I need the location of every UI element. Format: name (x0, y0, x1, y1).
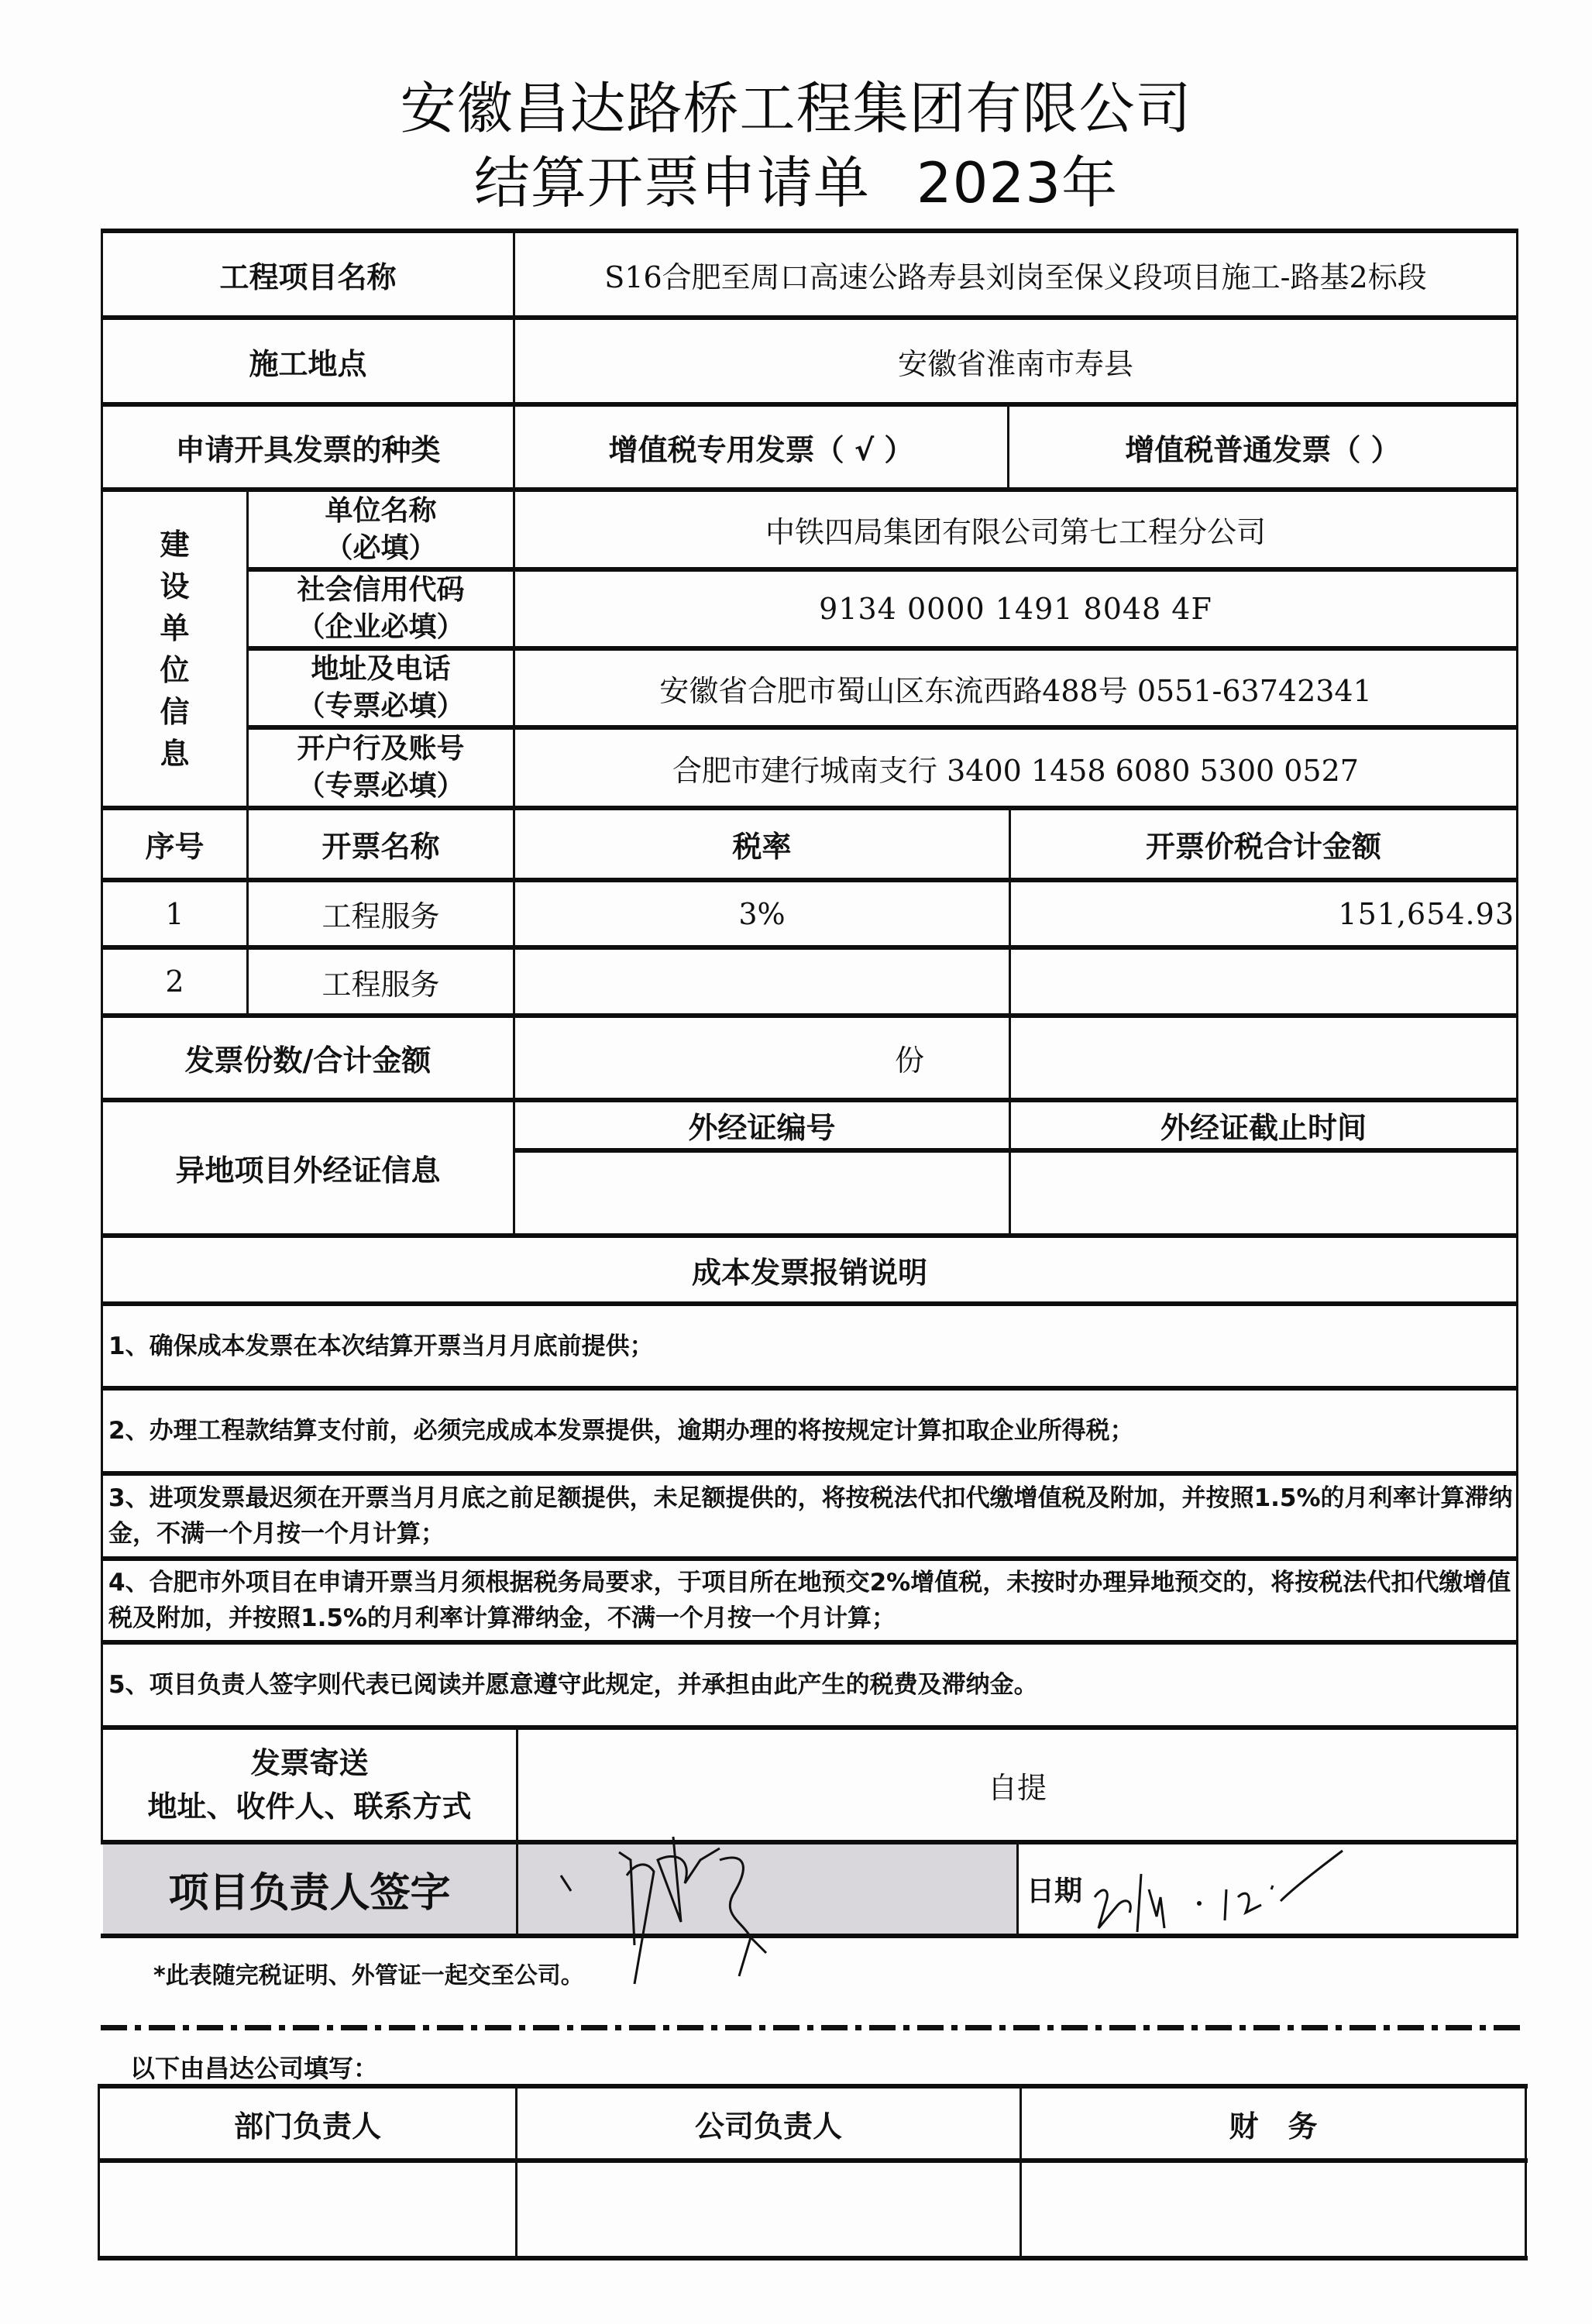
company-head-header: 公司负责人 (517, 2089, 1019, 2158)
site-label: 施工地点 (103, 320, 513, 402)
permit-deadline-field[interactable] (1011, 1153, 1516, 1233)
bank-account-label: 开户行及账号 （专票必填） (249, 730, 513, 806)
credit-code-value[interactable]: 9134 0000 1491 8048 4F (515, 572, 1516, 646)
permit-label: 异地项目外经证信息 (103, 1102, 513, 1233)
cost-note-2: 2、办理工程款结算支付前，必须完成成本发票提供，逾期办理的将按规定计算扣取企业所… (108, 1391, 1515, 1471)
company-section-intro: 以下由昌达公司填写： (130, 2049, 378, 2085)
rule (98, 2256, 1528, 2260)
footnote: *此表随完税证明、外管证一起交至公司。 (153, 1956, 584, 1990)
row-rate[interactable] (515, 950, 1009, 1013)
bank-account-value[interactable]: 合肥市建行城南支行 3400 1458 6080 5300 0527 (515, 730, 1516, 806)
row-name[interactable]: 工程服务 (249, 950, 513, 1013)
totals-label: 发票份数/合计金额 (103, 1018, 513, 1098)
delivery-value[interactable]: 自提 (518, 1730, 1516, 1840)
total-amount-field[interactable] (1011, 1018, 1516, 1098)
invoice-type-normal-option[interactable]: 增值税普通发票（ ） (1009, 407, 1516, 487)
row-no: 2 (103, 950, 246, 1013)
dept-head-header: 部门负责人 (100, 2089, 515, 2158)
handwritten-signature-icon (518, 1829, 1016, 1953)
date-label: 日期 (1026, 1869, 1082, 1909)
cost-note-1: 1、确保成本发票在本次结算开票当月月底前提供； (108, 1306, 1515, 1386)
client-name-value[interactable]: 中铁四局集团有限公司第七工程分公司 (515, 492, 1516, 567)
cost-notes-title: 成本发票报销说明 (103, 1238, 1516, 1301)
permit-number-header: 外经证编号 (515, 1102, 1009, 1148)
finance-header: 财 务 (1022, 2089, 1525, 2158)
handwritten-date-icon (1087, 1843, 1490, 1936)
form-title-text: 结算开票申请单 (474, 150, 870, 215)
invoice-copies-field[interactable]: 份 (515, 1018, 1009, 1098)
client-group-label: 建 设 单 位 信 息 (103, 492, 246, 806)
cut-line-divider (101, 2025, 1522, 2030)
copies-unit: 份 (895, 1037, 924, 1079)
form-title: 结算开票申请单2023年 (0, 138, 1592, 218)
company-head-signature-field[interactable] (517, 2163, 1019, 2256)
cost-note-5: 5、项目负责人签字则代表已阅读并愿意遵守此规定，并承担由此产生的税费及滞纳金。 (108, 1645, 1515, 1725)
row-name[interactable]: 工程服务 (249, 882, 513, 945)
row-amount[interactable]: 151,654.93 (1011, 882, 1516, 945)
cost-note-4: 4、合肥市外项目在申请开票当月须根据税务局要求，于项目所在地预交2%增值税，未按… (108, 1561, 1515, 1640)
project-name-value[interactable]: S16合肥至周口高速公路寿县刘岗至保义段项目施工-路基2标段 (515, 233, 1516, 315)
row-amount[interactable] (1011, 950, 1516, 1013)
table-border-right (1516, 229, 1518, 1937)
address-phone-value[interactable]: 安徽省合肥市蜀山区东流西路488号 0551-63742341 (515, 651, 1516, 725)
signature-label: 项目负责人签字 (103, 1844, 516, 1934)
table-border-right (1525, 2084, 1527, 2259)
finance-signature-field[interactable] (1022, 2163, 1525, 2256)
row-no: 1 (103, 882, 246, 945)
project-name-label: 工程项目名称 (103, 233, 513, 315)
invoice-type-label: 申请开具发票的种类 (103, 407, 513, 487)
cost-note-3: 3、进项发票最迟须在开票当月月底之前足额提供，未足额提供的，将按税法代扣代缴增值… (108, 1476, 1515, 1556)
col-header-amount: 开票价税合计金额 (1011, 810, 1516, 878)
client-group-label-text: 建 设 单 位 信 息 (160, 524, 191, 775)
row-rate[interactable]: 3% (515, 882, 1009, 945)
address-phone-label: 地址及电话 （专票必填） (249, 651, 513, 725)
company-title: 安徽昌达路桥工程集团有限公司 (0, 64, 1592, 144)
dept-head-signature-field[interactable] (100, 2163, 515, 2256)
client-name-label: 单位名称 （必填） (249, 492, 513, 567)
form-year: 2023年 (916, 150, 1118, 215)
col-header-name: 开票名称 (249, 810, 513, 878)
col-header-no: 序号 (103, 810, 246, 878)
permit-deadline-header: 外经证截止时间 (1011, 1102, 1516, 1148)
invoice-type-special-option[interactable]: 增值税专用发票（ √ ） (515, 407, 1007, 487)
signature-field[interactable] (518, 1844, 1016, 1934)
col-header-rate: 税率 (515, 810, 1009, 878)
credit-code-label: 社会信用代码 （企业必填） (249, 572, 513, 646)
permit-number-field[interactable] (515, 1153, 1009, 1233)
site-value[interactable]: 安徽省淮南市寿县 (515, 320, 1516, 402)
delivery-label: 发票寄送 地址、收件人、联系方式 (103, 1730, 516, 1840)
signature-date-field[interactable]: 日期 (1019, 1844, 1516, 1934)
